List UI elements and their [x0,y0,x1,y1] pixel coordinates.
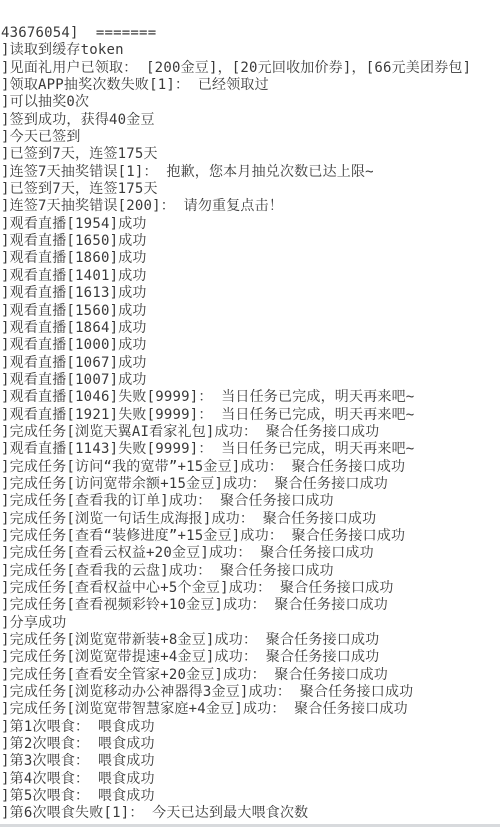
log-line: ]观看直播[1007]成功 [1,372,500,389]
log-line: ]已签到7天，连签175天 [1,181,500,198]
log-line: ]完成任务[访问“我的宽带”+15金豆]成功： 聚合任务接口成功 [1,459,500,476]
log-line: ]第2次喂食： 喂食成功 [1,736,500,753]
log-line: ]观看直播[1613]成功 [1,285,500,302]
log-line: ]第3次喂食： 喂食成功 [1,753,500,770]
log-line: ]完成任务[查看我的订单]成功： 聚合任务接口成功 [1,493,500,510]
log-line: ]观看直播[1560]成功 [1,303,500,320]
log-line: ]连签7天抽奖错误[1]： 抱歉，您本月抽兑次数已达上限~ [1,164,500,181]
log-line: ]观看直播[1143]失败[9999]： 当日任务已完成，明天再来吧~ [1,441,500,458]
log-line: ]观看直播[1650]成功 [1,233,500,250]
log-line: ]连签7天抽奖错误[200]： 请勿重复点击！ [1,198,500,215]
log-output[interactable]: 43676054] =======]读取到缓存token]见面礼用户已领取： [… [1,25,500,823]
log-line: ]完成任务[浏览宽带提速+4金豆]成功： 聚合任务接口成功 [1,649,500,666]
log-line: ]观看直播[1046]失败[9999]： 当日任务已完成，明天再来吧~ [1,389,500,406]
log-line: ]第5次喂食： 喂食成功 [1,788,500,805]
log-window: 43676054] =======]读取到缓存token]见面礼用户已领取： [… [0,0,500,827]
log-line: ]签到成功，获得40金豆 [1,112,500,129]
log-line: ]第6次喂食失败[1]： 今天已达到最大喂食次数 [1,805,500,822]
log-line: ]完成任务[查看安全管家+20金豆]成功： 聚合任务接口成功 [1,667,500,684]
log-line: ]完成任务[访问宽带余额+15金豆]成功： 聚合任务接口成功 [1,476,500,493]
log-line: ]可以抽奖0次 [1,94,500,111]
log-line: ]观看直播[1067]成功 [1,355,500,372]
log-line: 43676054] ======= [1,25,500,42]
log-line: ]观看直播[1864]成功 [1,320,500,337]
log-line: ]完成任务[浏览天翼AI看家礼包]成功： 聚合任务接口成功 [1,424,500,441]
log-line: ]观看直播[1954]成功 [1,216,500,233]
log-line: ]第4次喂食： 喂食成功 [1,771,500,788]
log-line: ]领取APP抽奖次数失败[1]： 已经领取过 [1,77,500,94]
log-line: ]见面礼用户已领取： [200金豆]，[20元回收加价券]，[66元美团券包] [1,60,500,77]
log-line: ]分享成功 [1,615,500,632]
log-line: ]完成任务[浏览宽带智慧家庭+4金豆]成功： 聚合任务接口成功 [1,701,500,718]
log-line: ]完成任务[查看权益中心+5个金豆]成功： 聚合任务接口成功 [1,580,500,597]
log-line: ]读取到缓存token [1,42,500,59]
log-line: ]完成任务[浏览一句话生成海报]成功： 聚合任务接口成功 [1,511,500,528]
log-line: ]完成任务[浏览宽带新装+8金豆]成功： 聚合任务接口成功 [1,632,500,649]
log-line: ]第1次喂食： 喂食成功 [1,719,500,736]
log-line: ]已签到7天，连签175天 [1,146,500,163]
log-line: ]完成任务[查看我的云盘]成功： 聚合任务接口成功 [1,563,500,580]
log-line: ]完成任务[查看云权益+20金豆]成功： 聚合任务接口成功 [1,545,500,562]
log-line: ]今天已签到 [1,129,500,146]
log-line: ]完成任务[查看“装修进度”+15金豆]成功： 聚合任务接口成功 [1,528,500,545]
log-line: ]完成任务[查看视频彩铃+10金豆]成功： 聚合任务接口成功 [1,597,500,614]
log-line: ]观看直播[1860]成功 [1,250,500,267]
log-line: ]观看直播[1401]成功 [1,268,500,285]
log-line: ]完成任务[浏览移动办公神器得3金豆]成功： 聚合任务接口成功 [1,684,500,701]
log-line: ]观看直播[1921]失败[9999]： 当日任务已完成，明天再来吧~ [1,407,500,424]
log-line: ]观看直播[1000]成功 [1,337,500,354]
